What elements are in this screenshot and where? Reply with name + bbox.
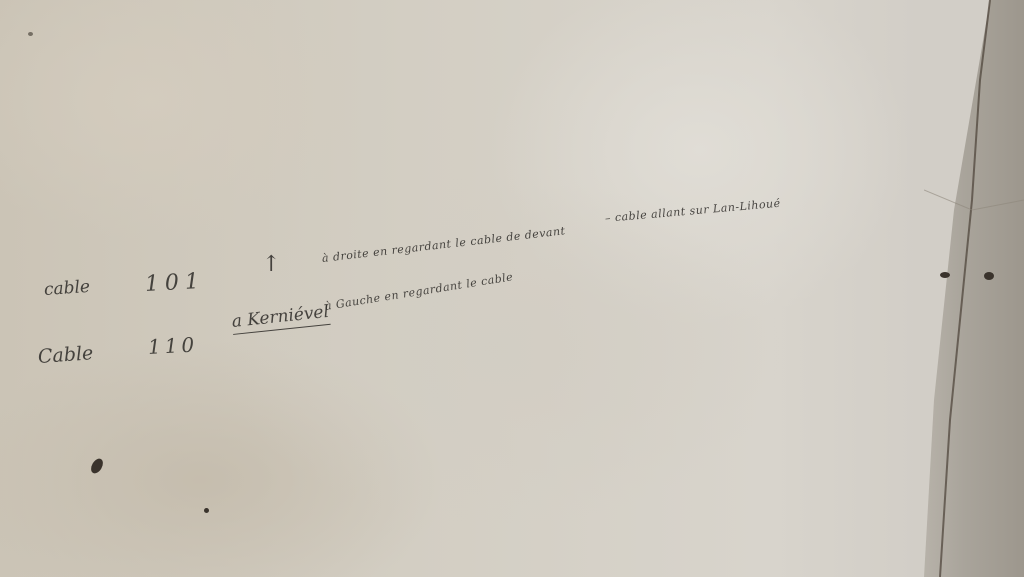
wall-stain	[984, 272, 994, 280]
wall-stain	[940, 272, 950, 278]
cable-number-1: 101	[144, 269, 205, 297]
up-arrow-mark: ↑	[262, 252, 280, 277]
cable-label-2: Cable	[37, 342, 94, 368]
cable-label-1: cable	[43, 277, 90, 300]
wall-stain	[204, 508, 209, 513]
cable-number-2: 110	[147, 332, 198, 359]
wall-stain	[28, 32, 33, 36]
